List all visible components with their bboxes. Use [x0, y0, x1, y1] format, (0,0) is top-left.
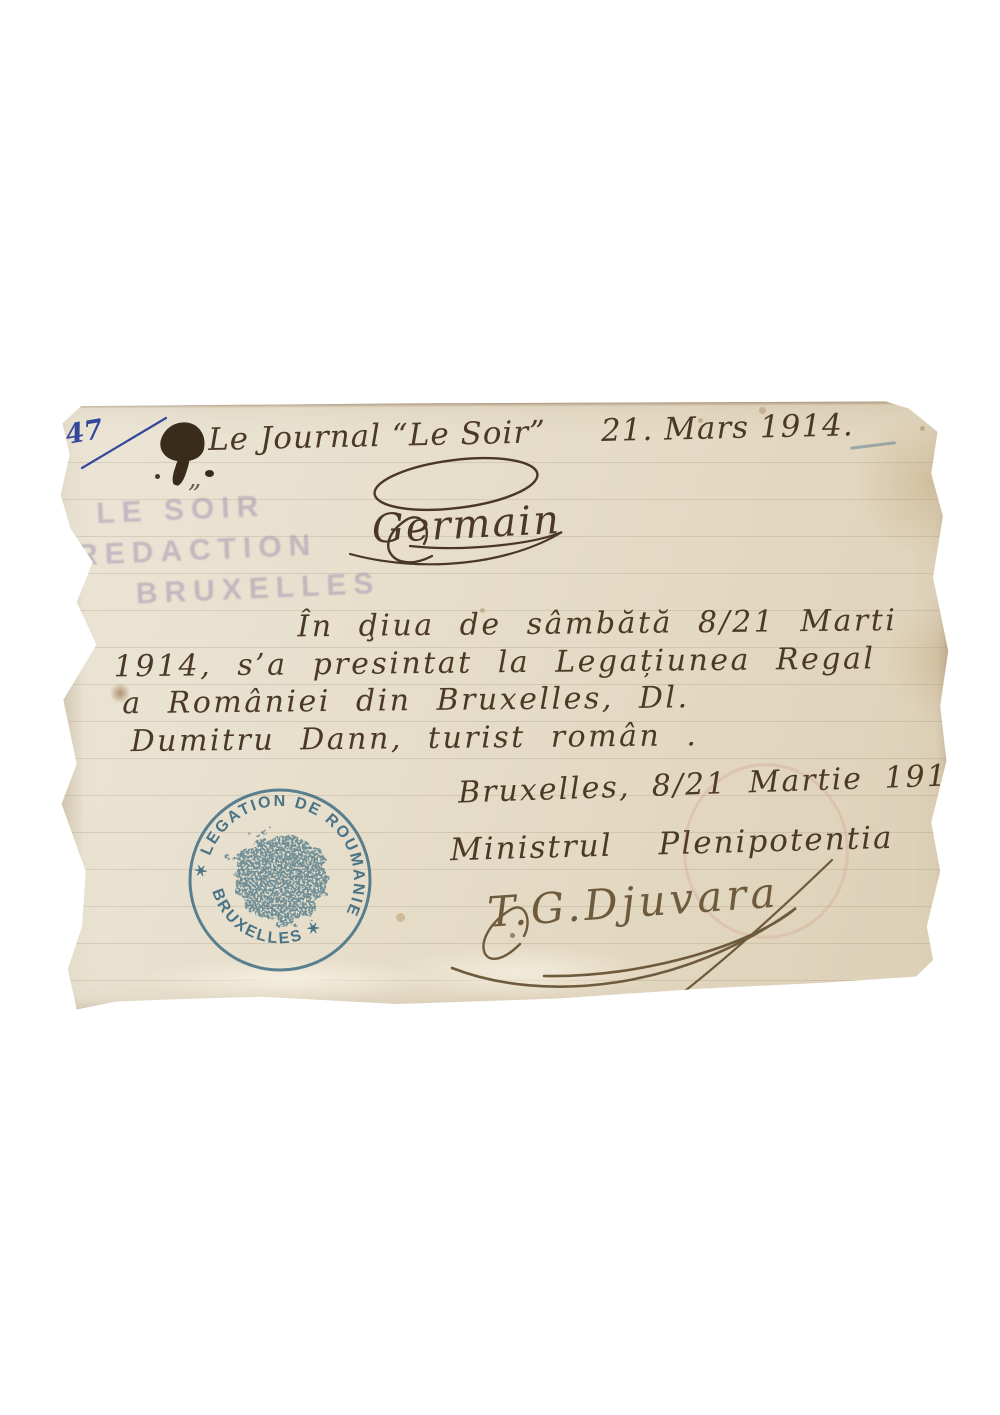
editor-signature-text: Germain: [371, 497, 562, 553]
body-paragraph: În ḑiua de sâmbătă 8/21 Marti 1914, s’a …: [111, 602, 941, 761]
archive-number-text: 47: [63, 414, 106, 451]
ink-blot-part: [205, 470, 214, 477]
ink-blot-part: [155, 474, 160, 479]
legation-seal: ✶ LEGATION DE ROUMANIE BRUXELLES ✶: [185, 785, 375, 975]
seal-coat-of-arms: [233, 833, 326, 924]
minister-signature: T.G.Djuvara: [424, 852, 864, 1017]
left-edge-crease: [58, 540, 84, 860]
newspaper-stamp: LE SOIR REDACTION BRUXELLES: [73, 482, 358, 617]
header-date-text: 21. Mars 1914.: [601, 407, 854, 449]
document-paper: 47 Le Journal “Le Soir” 21. Mars 1914. „…: [58, 400, 950, 1012]
minister-signature-text: T.G.Djuvara: [486, 868, 781, 937]
